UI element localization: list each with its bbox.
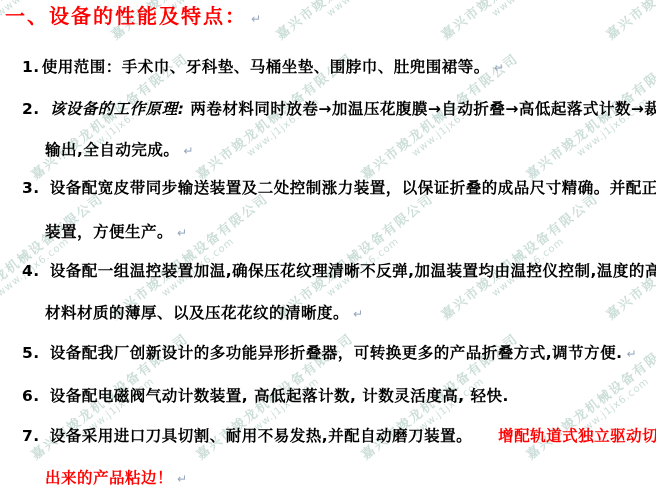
item-number: 5. (22, 343, 40, 363)
item-number: 2. (22, 99, 40, 119)
list-item-1: 1.使用范围：手术巾、牙科垫、马桶坐垫、围脖巾、肚兜围裙等。↵ (22, 57, 504, 78)
item-emphasis-text: 出来的产品粘边！ (45, 469, 173, 487)
item-text: 两卷材料同时放卷→加温压花腹膜→自动折叠→高低起落式计数→裁切→产品 (190, 100, 656, 118)
paragraph-mark-icon: ↵ (494, 61, 504, 75)
item-number: 6. (22, 386, 40, 406)
list-item-7-continuation: 出来的产品粘边！↵ (45, 468, 187, 489)
list-item-5: 5.设备配我厂创新设计的多功能异形折叠器，可转换更多的产品折叠方式,调节方便.↵ (22, 343, 637, 364)
list-item-4-continuation: 材料材质的薄厚、以及压花花纹的清晰度。↵ (45, 303, 363, 324)
list-item-6: 6.设备配电磁阀气动计数装置, 高低起落计数, 计数灵活度高, 轻快. (22, 386, 509, 406)
list-item-2-continuation: 输出,全自动完成。↵ (45, 140, 193, 161)
item-number: 3. (22, 178, 40, 198)
document-body: 一、设备的性能及特点：↵ 1.使用范围：手术巾、牙科垫、马桶坐垫、围脖巾、肚兜围… (0, 0, 656, 491)
item-text: 装置，方便生产。 (45, 223, 173, 241)
item-number: 7. (22, 426, 40, 446)
paragraph-mark-icon: ↵ (177, 226, 187, 240)
document-page: 嘉兴市竣龙机械设备有限公司www.j1jx6.com嘉兴市竣龙机械设备有限公司w… (0, 0, 656, 491)
item-text: 输出,全自动完成。 (45, 141, 179, 159)
item-lead: 该设备的工作原理: (50, 100, 185, 118)
page-title: 一、设备的性能及特点：↵ (5, 6, 261, 29)
paragraph-mark-icon: ↵ (353, 307, 363, 321)
item-text: 设备配电磁阀气动计数装置, 高低起落计数, 计数灵活度高, 轻快. (50, 387, 509, 405)
paragraph-mark-icon: ↵ (177, 472, 187, 486)
list-item-2: 2.该设备的工作原理:两卷材料同时放卷→加温压花腹膜→自动折叠→高低起落式计数→… (22, 99, 656, 119)
item-text: 材料材质的薄厚、以及压花花纹的清晰度。 (45, 304, 349, 322)
item-text: 设备配宽皮带同步输送装置及二处控制涨力装置，以保证折叠的成品尺寸精确。并配正反导… (50, 179, 656, 197)
paragraph-mark-icon: ↵ (626, 347, 636, 361)
list-item-3-continuation: 装置，方便生产。↵ (45, 222, 187, 243)
paragraph-mark-icon: ↵ (183, 144, 193, 158)
item-text: 设备配一组温控装置加温,确保压花纹理清晰不反弹,加温装置均由温控仪控制,温度的高… (50, 262, 656, 280)
paragraph-mark-icon: ↵ (251, 12, 261, 26)
item-emphasis-text: 增配轨道式独立驱动切刀，防止生产 (498, 427, 656, 445)
item-text: 设备采用进口刀具切割、耐用不易发热,并配自动磨刀装置。 (50, 427, 472, 445)
item-text: 使用范围：手术巾、牙科垫、马桶坐垫、围脖巾、肚兜围裙等。 (42, 58, 490, 76)
title-text: 一、设备的性能及特点： (5, 4, 247, 28)
list-item-3: 3.设备配宽皮带同步输送装置及二处控制涨力装置，以保证折叠的成品尺寸精确。并配正… (22, 178, 656, 198)
item-number: 1. (22, 57, 40, 77)
list-item-4: 4.设备配一组温控装置加温,确保压花纹理清晰不反弹,加温装置均由温控仪控制,温度… (22, 261, 656, 281)
item-number: 4. (22, 261, 40, 281)
list-item-7: 7.设备采用进口刀具切割、耐用不易发热,并配自动磨刀装置。增配轨道式独立驱动切刀… (22, 426, 656, 446)
item-text: 设备配我厂创新设计的多功能异形折叠器，可转换更多的产品折叠方式,调节方便. (50, 344, 623, 362)
